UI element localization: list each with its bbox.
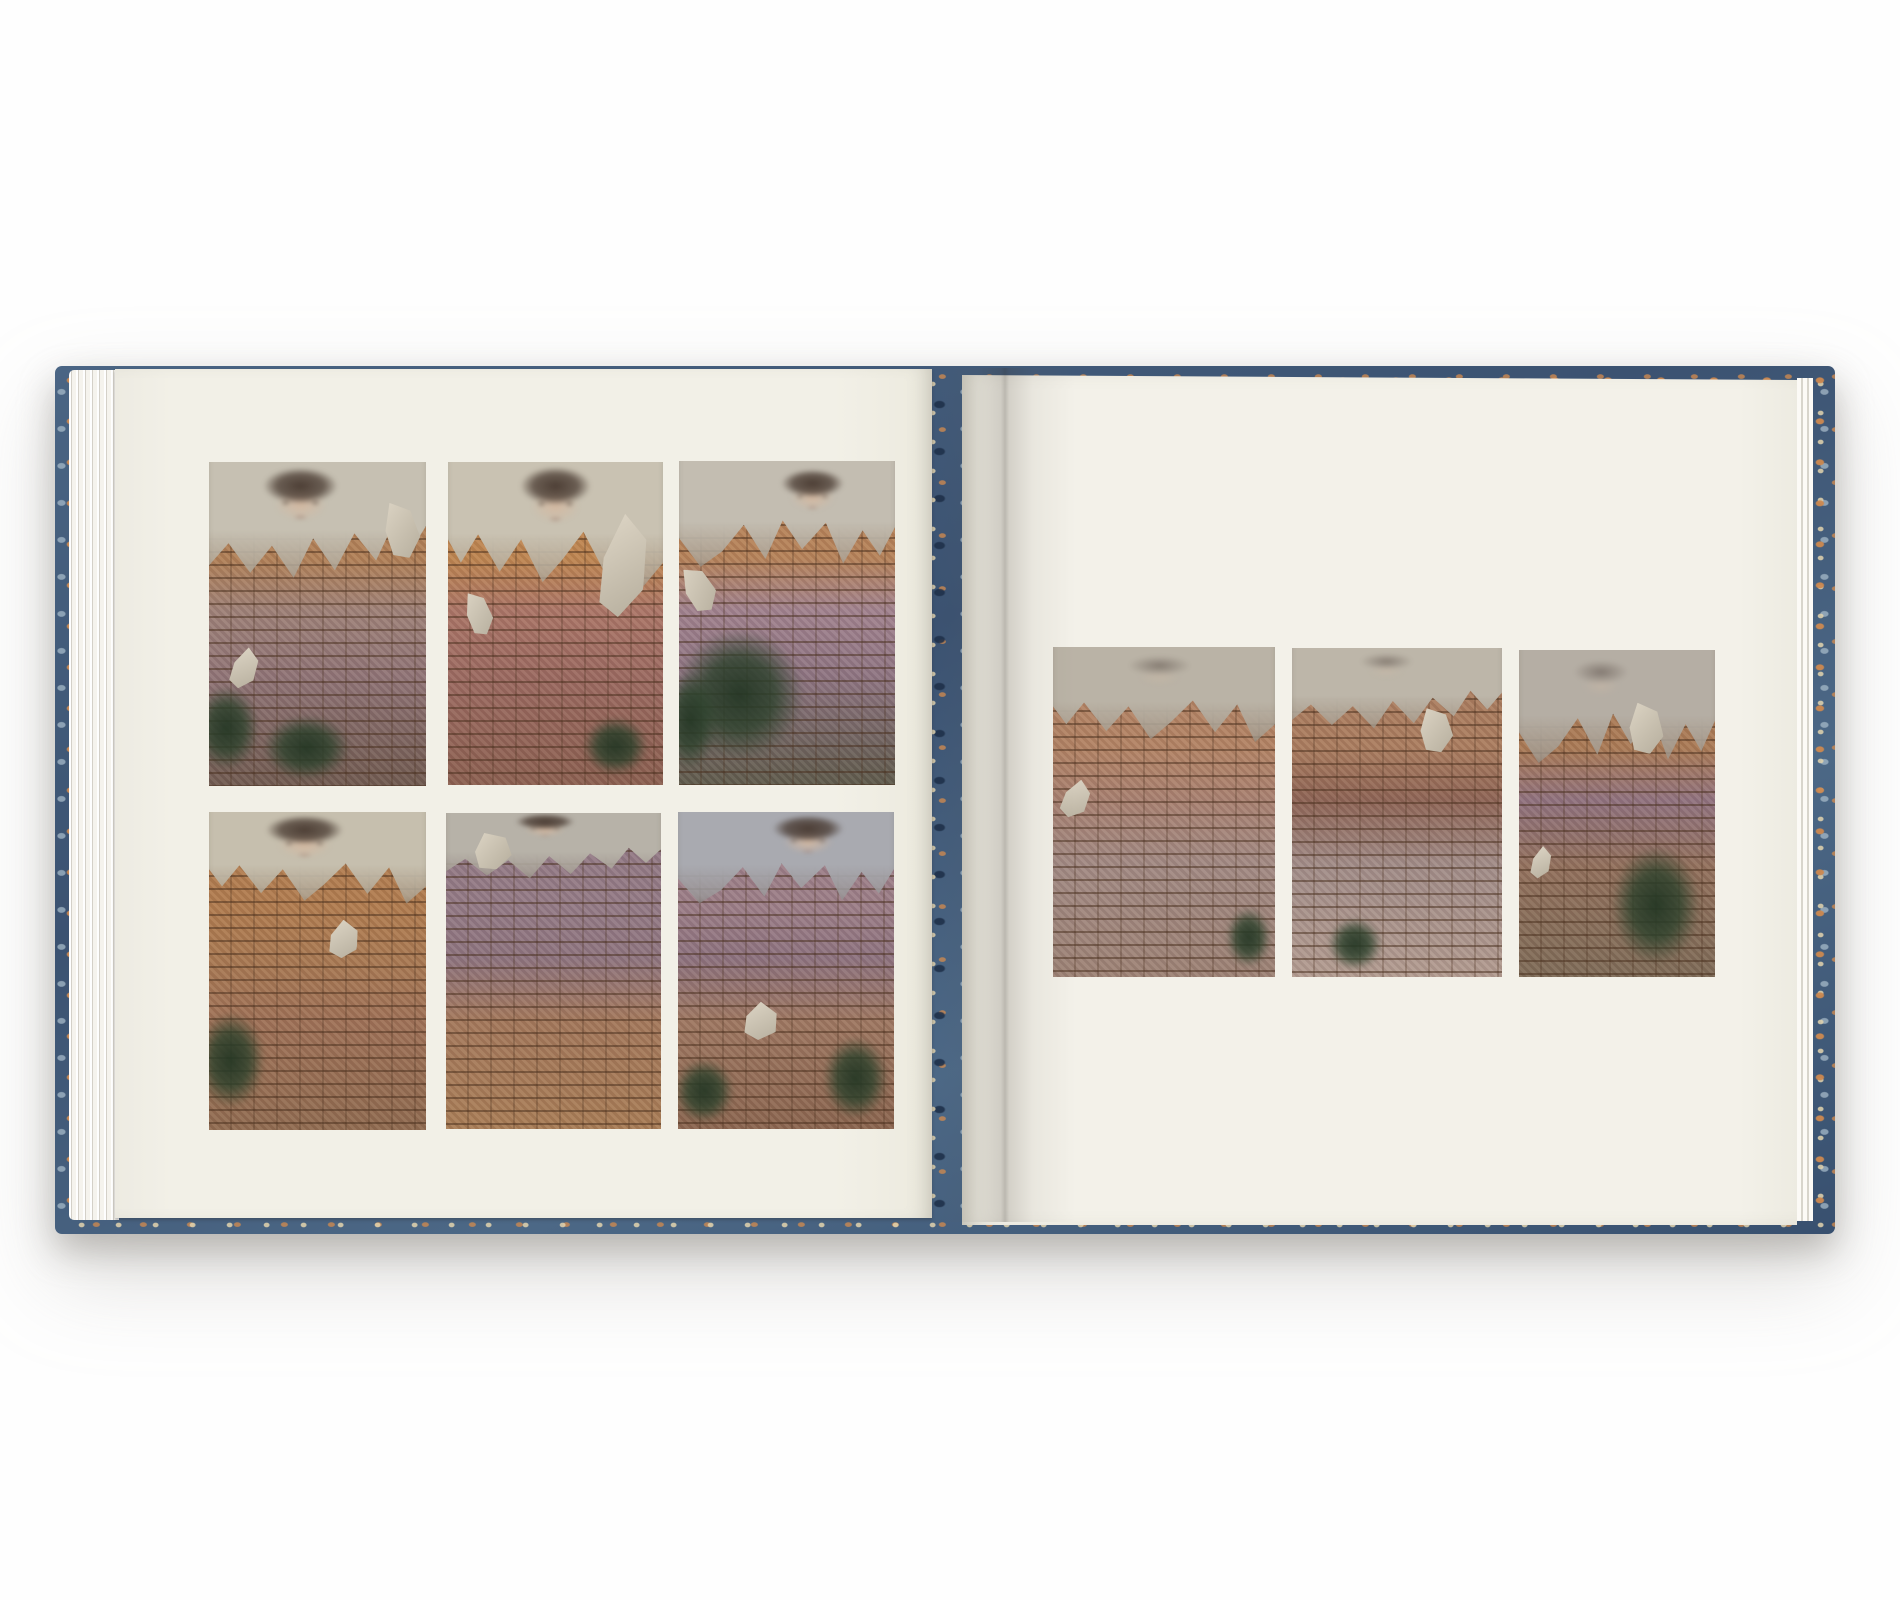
torn-poster-right-2 bbox=[1292, 648, 1502, 734]
woman-face-left-4 bbox=[246, 814, 363, 871]
torn-poster-left-6 bbox=[678, 812, 894, 907]
foliage-right-3-1 bbox=[1612, 846, 1700, 964]
left-page bbox=[115, 369, 932, 1218]
woman-face-left-3 bbox=[765, 468, 860, 523]
photo-left-4 bbox=[209, 812, 426, 1130]
poster-scrap-right-3-2 bbox=[1527, 844, 1554, 881]
woman-face-right-2 bbox=[1347, 651, 1427, 685]
right-page bbox=[962, 375, 1797, 1225]
woman-face-left-6 bbox=[754, 814, 862, 866]
foliage-left-1-1 bbox=[209, 686, 259, 770]
foliage-right-2-1 bbox=[1328, 918, 1383, 971]
poster-scrap-left-6-1 bbox=[739, 999, 781, 1043]
photo-right-3 bbox=[1519, 650, 1715, 977]
photobook bbox=[55, 366, 1835, 1234]
foliage-left-4-1 bbox=[209, 1012, 265, 1107]
woman-face-left-1 bbox=[244, 466, 357, 537]
photo-left-5 bbox=[446, 813, 661, 1129]
page-edge-stack-left bbox=[69, 370, 119, 1220]
page-edge-stack-right bbox=[1797, 378, 1813, 1221]
woman-face-left-5 bbox=[500, 813, 590, 844]
foliage-left-6-1 bbox=[678, 1059, 734, 1122]
woman-face-right-1 bbox=[1113, 653, 1206, 695]
photo-right-2 bbox=[1292, 648, 1502, 977]
woman-face-right-3 bbox=[1560, 657, 1642, 706]
poster-scrap-left-1-2 bbox=[224, 643, 263, 691]
torn-poster-right-1 bbox=[1053, 647, 1275, 746]
photo-left-1 bbox=[209, 462, 426, 786]
photo-left-3 bbox=[679, 461, 895, 785]
poster-scrap-left-2-2 bbox=[458, 588, 498, 639]
torn-poster-right-3 bbox=[1519, 650, 1715, 768]
torn-poster-left-3 bbox=[679, 461, 895, 571]
poster-scrap-right-1-1 bbox=[1055, 775, 1096, 822]
woman-face-left-2 bbox=[502, 465, 610, 540]
foliage-left-1-2 bbox=[263, 715, 350, 780]
poster-scrap-left-3-1 bbox=[679, 560, 724, 617]
foliage-left-6-2 bbox=[823, 1037, 888, 1119]
foliage-right-1-1 bbox=[1226, 908, 1270, 967]
photo-left-2 bbox=[448, 462, 663, 785]
torn-poster-left-4 bbox=[209, 812, 426, 907]
photo-right-1 bbox=[1053, 647, 1275, 977]
poster-scrap-left-4-1 bbox=[325, 918, 362, 961]
photo-left-6 bbox=[678, 812, 894, 1129]
foliage-left-2-1 bbox=[583, 717, 648, 775]
product-photo-stage bbox=[0, 0, 1900, 1600]
